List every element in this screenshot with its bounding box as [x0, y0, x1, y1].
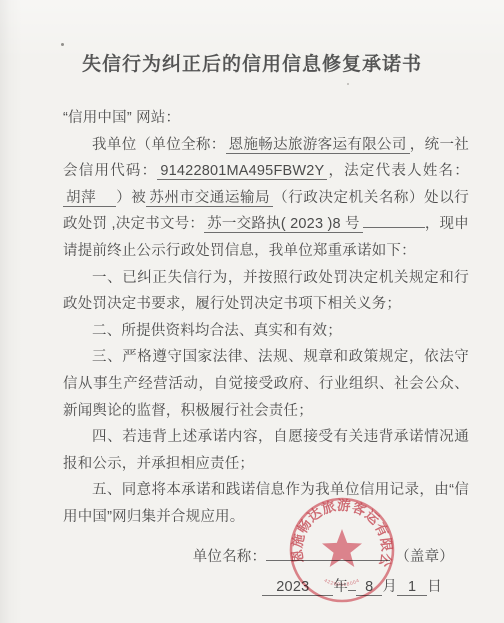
- commitment-item: 四、若违背上述承诺内容，自愿接受有关违背承诺情况通报和公示，并承担相应责任；: [63, 424, 469, 477]
- commitment-item: 三、严格遵守国家法律、法规、规章和政策规定，依法守信从事生产经营活动，自觉接受政…: [63, 344, 469, 424]
- intro-paragraph: 我单位（单位全称：恩施畅达旅游客运有限公司，统一社会信用代码：91422801M…: [63, 132, 469, 265]
- date-year-unit: 年: [333, 579, 348, 595]
- blank-underline: [363, 212, 425, 228]
- legal-rep-value: 胡萍: [63, 190, 116, 207]
- commitment-item: 二、所提供资料均合法、真实和有效；: [63, 318, 469, 345]
- date-line: 2023年8月1日: [0, 573, 504, 601]
- doc-body: “信用中国” 网站： 我单位（单位全称：恩施畅达旅游客运有限公司，统一社会信用代…: [0, 105, 504, 531]
- credit-code-value: 91422801MA495FBW2Y: [157, 163, 327, 180]
- authority-value: 苏州市交通运输局: [146, 190, 273, 207]
- company-name-value: 恩施畅达旅游客运有限公司: [226, 137, 410, 154]
- unit-name-label: 单位名称：: [193, 549, 267, 565]
- scan-speck: [347, 83, 349, 85]
- date-day-value: 1: [397, 579, 427, 596]
- commitment-item: 五、同意将本承诺和践诺信息作为我单位信用记录，由“信用中国”网归集并合规应用。: [63, 477, 469, 530]
- salutation-line: “信用中国” 网站：: [63, 105, 469, 132]
- intro-text: 我单位（单位全称：: [92, 137, 226, 153]
- seal-note-label: （盖章）: [395, 549, 454, 565]
- date-month-unit: 月: [382, 579, 397, 595]
- doc-title: 失信行为纠正后的信用信息修复承诺书: [0, 0, 504, 79]
- decision-doc-no-value: 苏一交路执( 2023 )8 号: [204, 216, 363, 233]
- commitment-item: 一、已纠正失信行为，并按照行政处罚决定机关规定和行政处罚决定书要求，履行处罚决定…: [63, 265, 469, 318]
- unit-name-line: 单位名称：（盖章）: [0, 543, 504, 571]
- intro-text: ，法定代表人姓名：: [327, 163, 469, 179]
- document-page: 失信行为纠正后的信用信息修复承诺书 “信用中国” 网站： 我单位（单位全称：恩施…: [0, 0, 504, 623]
- intro-text: ）被: [116, 190, 146, 206]
- blank-underline: [348, 574, 356, 590]
- scan-speck: [61, 43, 64, 46]
- date-year-value: 2023: [262, 579, 333, 596]
- signature-block: 单位名称：（盖章） 2023年8月1日: [0, 543, 504, 601]
- unit-name-blank: [266, 544, 390, 560]
- date-month-value: 8: [356, 579, 382, 596]
- date-day-unit: 日: [427, 579, 442, 595]
